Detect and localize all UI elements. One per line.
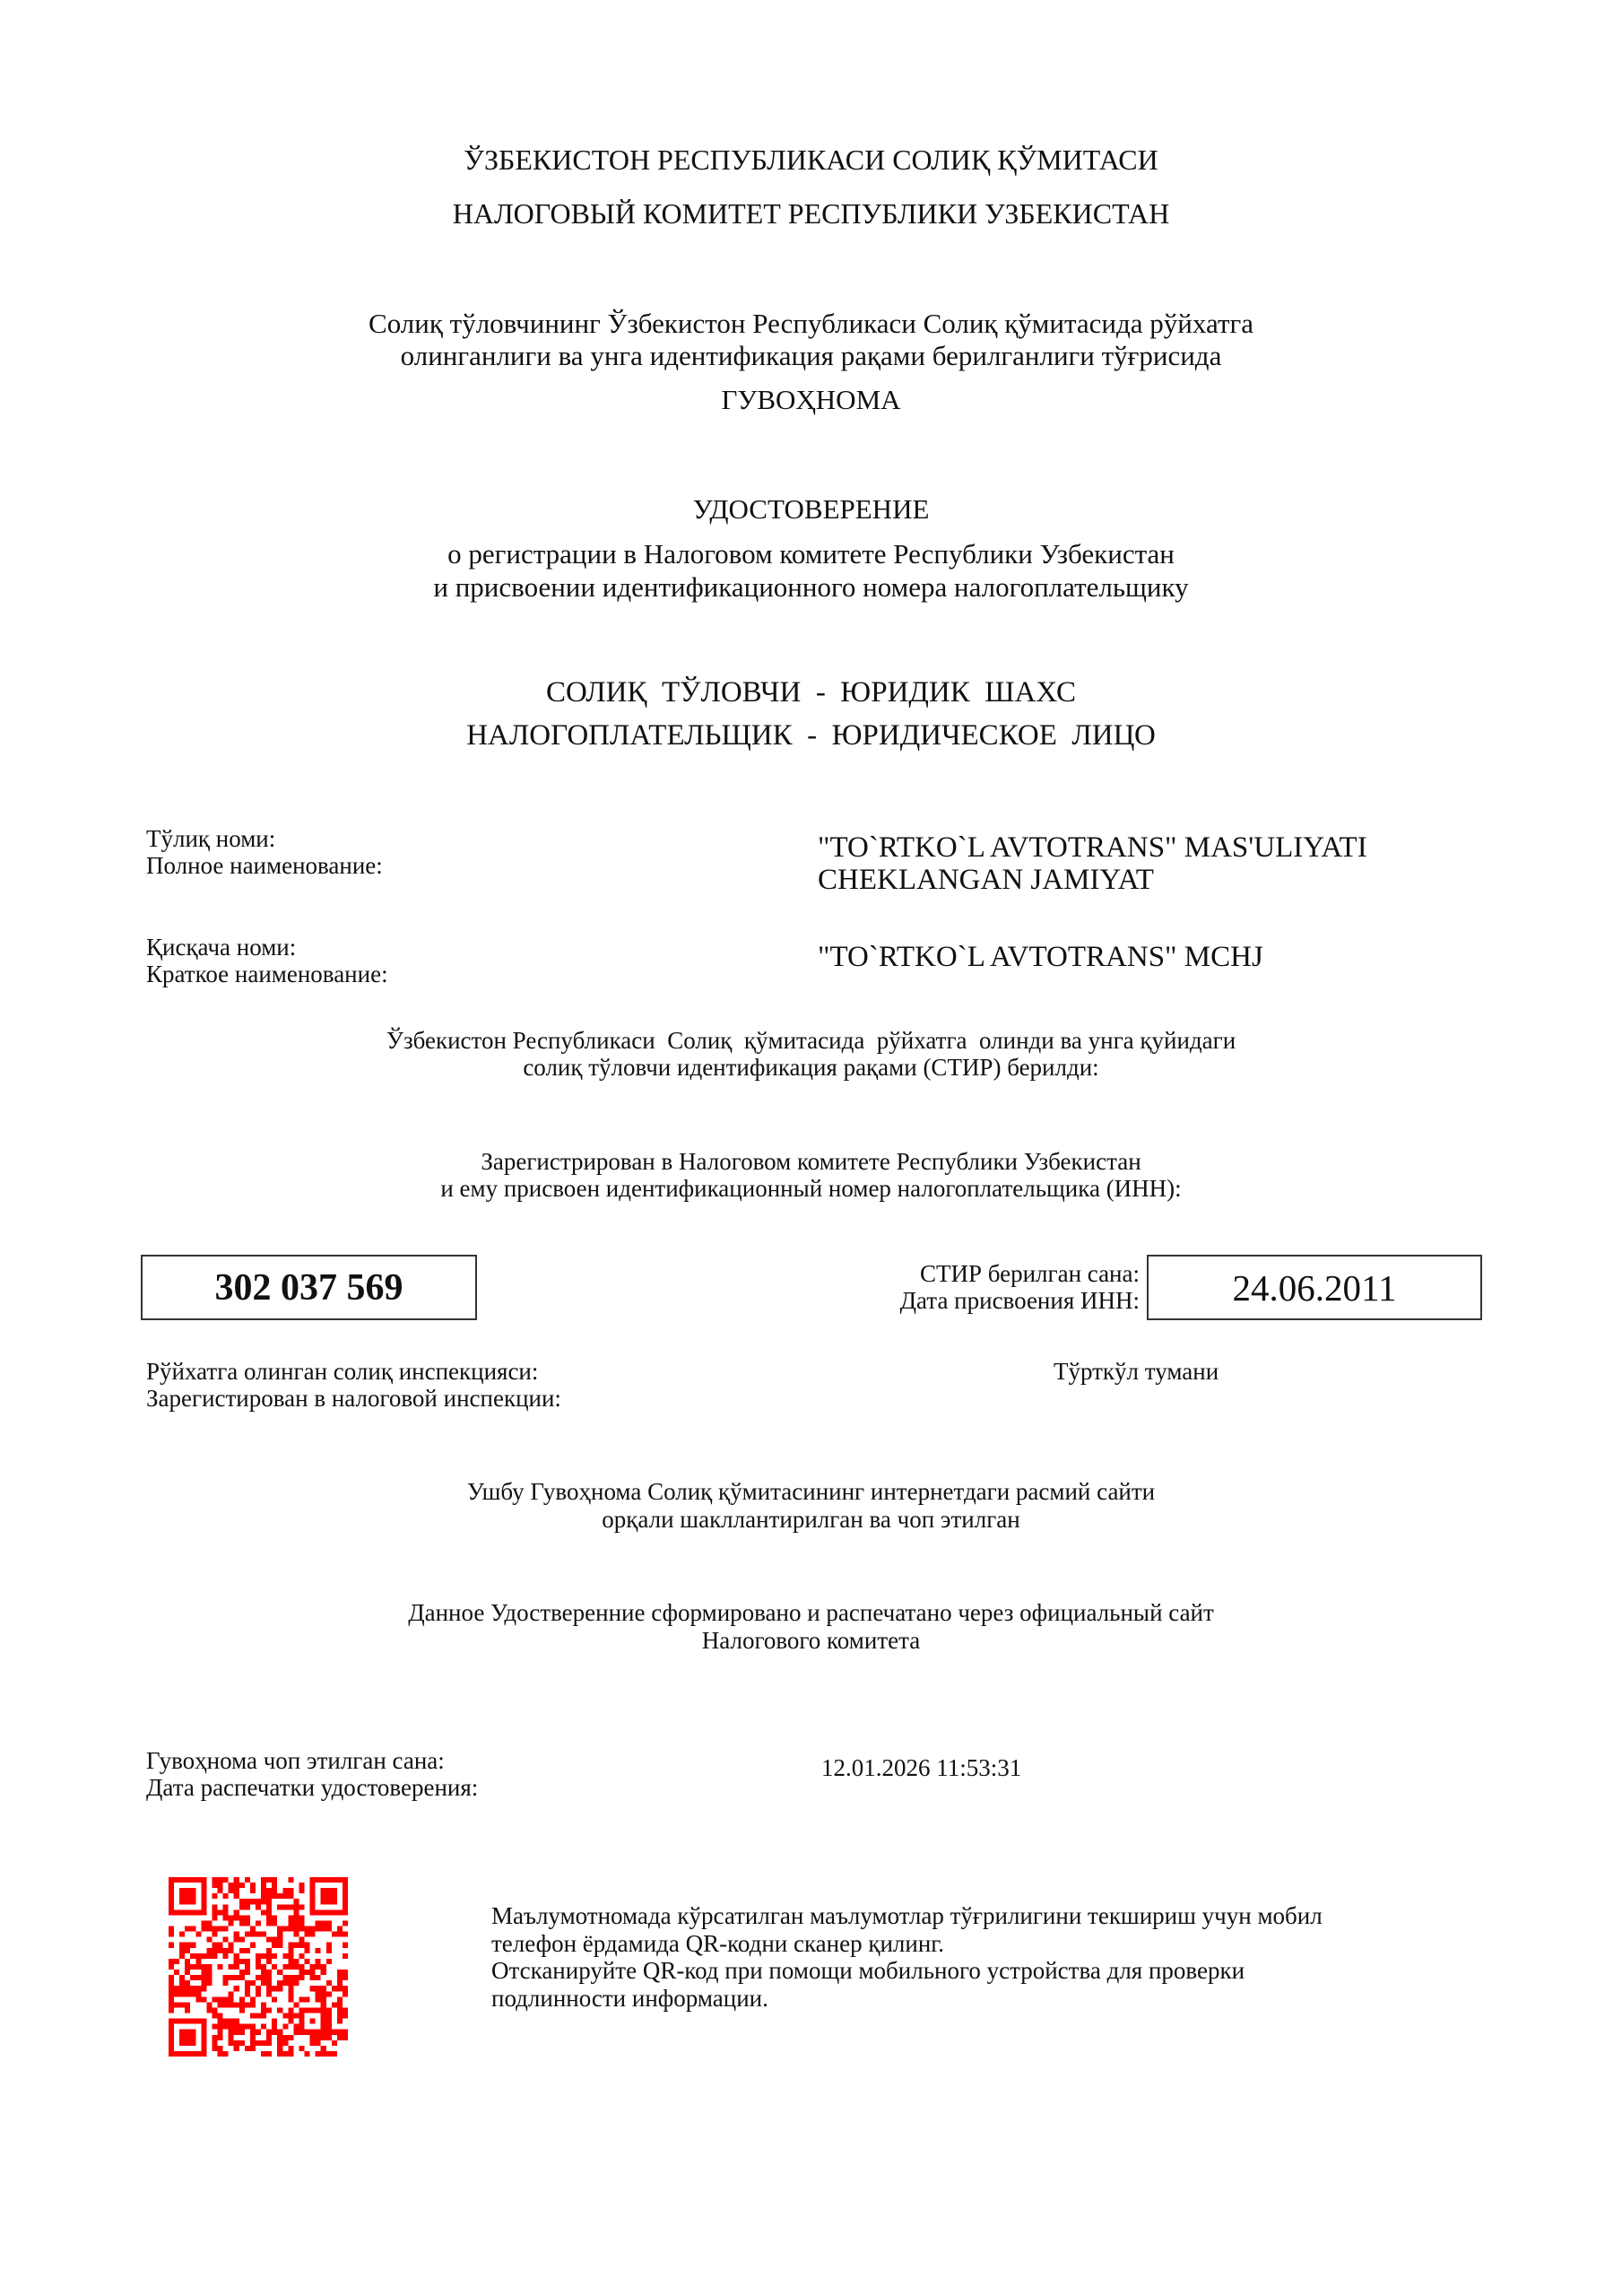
qr-note-line2: телефон ёрдамида QR-кодни сканер қилинг. (491, 1930, 944, 1958)
inn-date-value: 24.06.2011 (1233, 1266, 1397, 1309)
certificate-ru-line2: и присвоении идентификационного номера н… (0, 571, 1622, 604)
registration-ru-line2: и ему присвоен идентификационный номер н… (0, 1175, 1622, 1202)
registration-uz-line1: Ўзбекистон Республикаси Солиқ қўмитасида… (0, 1027, 1622, 1054)
short-name-value: "TO`RTKO`L AVTOTRANS" MCHJ (818, 941, 1263, 973)
notice-uz-line2: орқали шакллантирилган ва чоп этилган (0, 1506, 1622, 1533)
taxpayer-type-ru: НАЛОГОПЛАТЕЛЬЩИК - ЮРИДИЧЕСКОЕ ЛИЦО (0, 717, 1622, 753)
inspection-label-ru: Зарегистирован в налоговой инспекции: (146, 1385, 561, 1412)
inn-date-label-ru: Дата присвоения ИНН: (807, 1287, 1140, 1314)
short-name-label-uz: Қисқача номи: (146, 934, 296, 961)
full-name-value-line2: CHEKLANGAN JAMIYAT (818, 864, 1154, 896)
full-name-value-line1: "TO`RTKO`L AVTOTRANS" MAS'ULIYATI (818, 831, 1367, 864)
inspection-label-uz: Рўйхатга олинган солиқ инспекцияси: (146, 1358, 538, 1385)
print-date-value: 12.01.2026 11:53:31 (821, 1754, 1021, 1781)
qr-note-line4: подлинности информации. (491, 1985, 768, 2013)
print-date-label-ru: Дата распечатки удостоверения: (146, 1774, 478, 1801)
notice-uz-line1: Ушбу Гувоҳнома Солиқ қўмитасининг интерн… (0, 1478, 1622, 1505)
certificate-uz-heading: ГУВОҲНОМА (0, 384, 1622, 416)
short-name-label-ru: Краткое наименование: (146, 961, 388, 987)
inn-box: 302 037 569 (141, 1255, 477, 1320)
qr-note-line1: Маълумотномада кўрсатилган маълумотлар т… (491, 1902, 1323, 1930)
inn-value: 302 037 569 (215, 1266, 403, 1309)
header-title-ru: НАЛОГОВЫЙ КОМИТЕТ РЕСПУБЛИКИ УЗБЕКИСТАН (0, 187, 1622, 240)
notice-ru-line1: Данное Удостверенние сформировано и расп… (0, 1599, 1622, 1626)
inn-date-label-uz: СТИР берилган сана: (807, 1260, 1140, 1287)
certificate-ru-heading: УДОСТОВЕРЕНИЕ (0, 493, 1622, 526)
taxpayer-type-uz: СОЛИҚ ТЎЛОВЧИ - ЮРИДИК ШАХС (0, 674, 1622, 710)
inn-date-box: 24.06.2011 (1147, 1255, 1482, 1320)
qr-code-icon (169, 1877, 348, 2057)
certificate-uz-line1: Солиқ тўловчининг Ўзбекистон Республикас… (0, 308, 1622, 340)
qr-note-line3: Отсканируйте QR-код при помощи мобильног… (491, 1957, 1245, 1985)
certificate-uz-line2: олинганлиги ва унга идентификация рақами… (0, 340, 1622, 372)
full-name-label-ru: Полное наименование: (146, 852, 383, 879)
registration-uz-line2: солиқ тўловчи идентификация рақами (СТИР… (0, 1054, 1622, 1081)
certificate-ru-line1: о регистрации в Налоговом комитете Респу… (0, 538, 1622, 570)
notice-ru-line2: Налогового комитета (0, 1627, 1622, 1654)
inspection-value: Тўрткўл тумани (1054, 1358, 1219, 1385)
registration-ru-line1: Зарегистрирован в Налоговом комитете Рес… (0, 1148, 1622, 1175)
header-title-uz: ЎЗБЕКИСТОН РЕСПУБЛИКАСИ СОЛИҚ ҚЎМИТАСИ (0, 133, 1622, 187)
full-name-label-uz: Тўлиқ номи: (146, 825, 275, 852)
print-date-label-uz: Гувоҳнома чоп этилган сана: (146, 1747, 445, 1774)
